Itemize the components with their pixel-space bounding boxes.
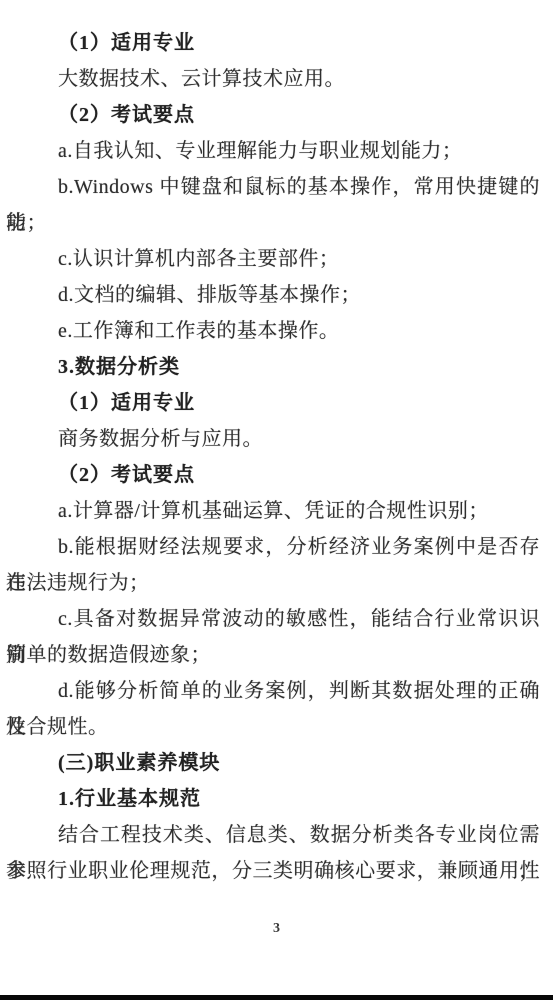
body-line: 大数据技术、云计算技术应用。 — [6, 61, 540, 97]
section-heading: （2）考试要点 — [6, 457, 540, 493]
body-line: 结合工程技术类、信息类、数据分析类各专业岗位需求， — [6, 817, 540, 853]
section-heading: （2）考试要点 — [6, 97, 540, 133]
body-line: 违法违规行为； — [6, 565, 540, 601]
section-heading: 1.行业基本规范 — [6, 781, 540, 817]
page-number: 3 — [0, 919, 553, 939]
body-line: 能； — [6, 205, 540, 241]
document-page: （1）适用专业 大数据技术、云计算技术应用。 （2）考试要点 a.自我认知、专业… — [0, 0, 553, 1003]
document-body: （1）适用专业 大数据技术、云计算技术应用。 （2）考试要点 a.自我认知、专业… — [6, 25, 540, 889]
body-line: 商务数据分析与应用。 — [6, 421, 540, 457]
body-line: a.自我认知、专业理解能力与职业规划能力； — [6, 133, 540, 169]
body-line: c.具备对数据异常波动的敏感性，能结合行业常识识别 — [6, 601, 540, 637]
body-line: c.认识计算机内部各主要部件； — [6, 241, 540, 277]
section-heading: 3.数据分析类 — [6, 349, 540, 385]
body-line: 及合规性。 — [6, 709, 540, 745]
section-heading: (三)职业素养模块 — [6, 745, 540, 781]
section-heading: （1）适用专业 — [6, 25, 540, 61]
body-line: 简单的数据造假迹象； — [6, 637, 540, 673]
body-line: b.能根据财经法规要求，分析经济业务案例中是否存在 — [6, 529, 540, 565]
body-line: b.Windows 中键盘和鼠标的基本操作，常用快捷键的功 — [6, 169, 540, 205]
body-line: d.文档的编辑、排版等基本操作； — [6, 277, 540, 313]
body-line: d.能够分析简单的业务案例，判断其数据处理的正确性 — [6, 673, 540, 709]
section-heading: （1）适用专业 — [6, 385, 540, 421]
body-line: e.工作簿和工作表的基本操作。 — [6, 313, 540, 349]
body-line: 参照行业职业伦理规范，分三类明确核心要求，兼顾通用性 — [6, 853, 540, 889]
scan-edge-bar — [0, 995, 553, 1000]
body-line: a.计算器/计算机基础运算、凭证的合规性识别； — [6, 493, 540, 529]
